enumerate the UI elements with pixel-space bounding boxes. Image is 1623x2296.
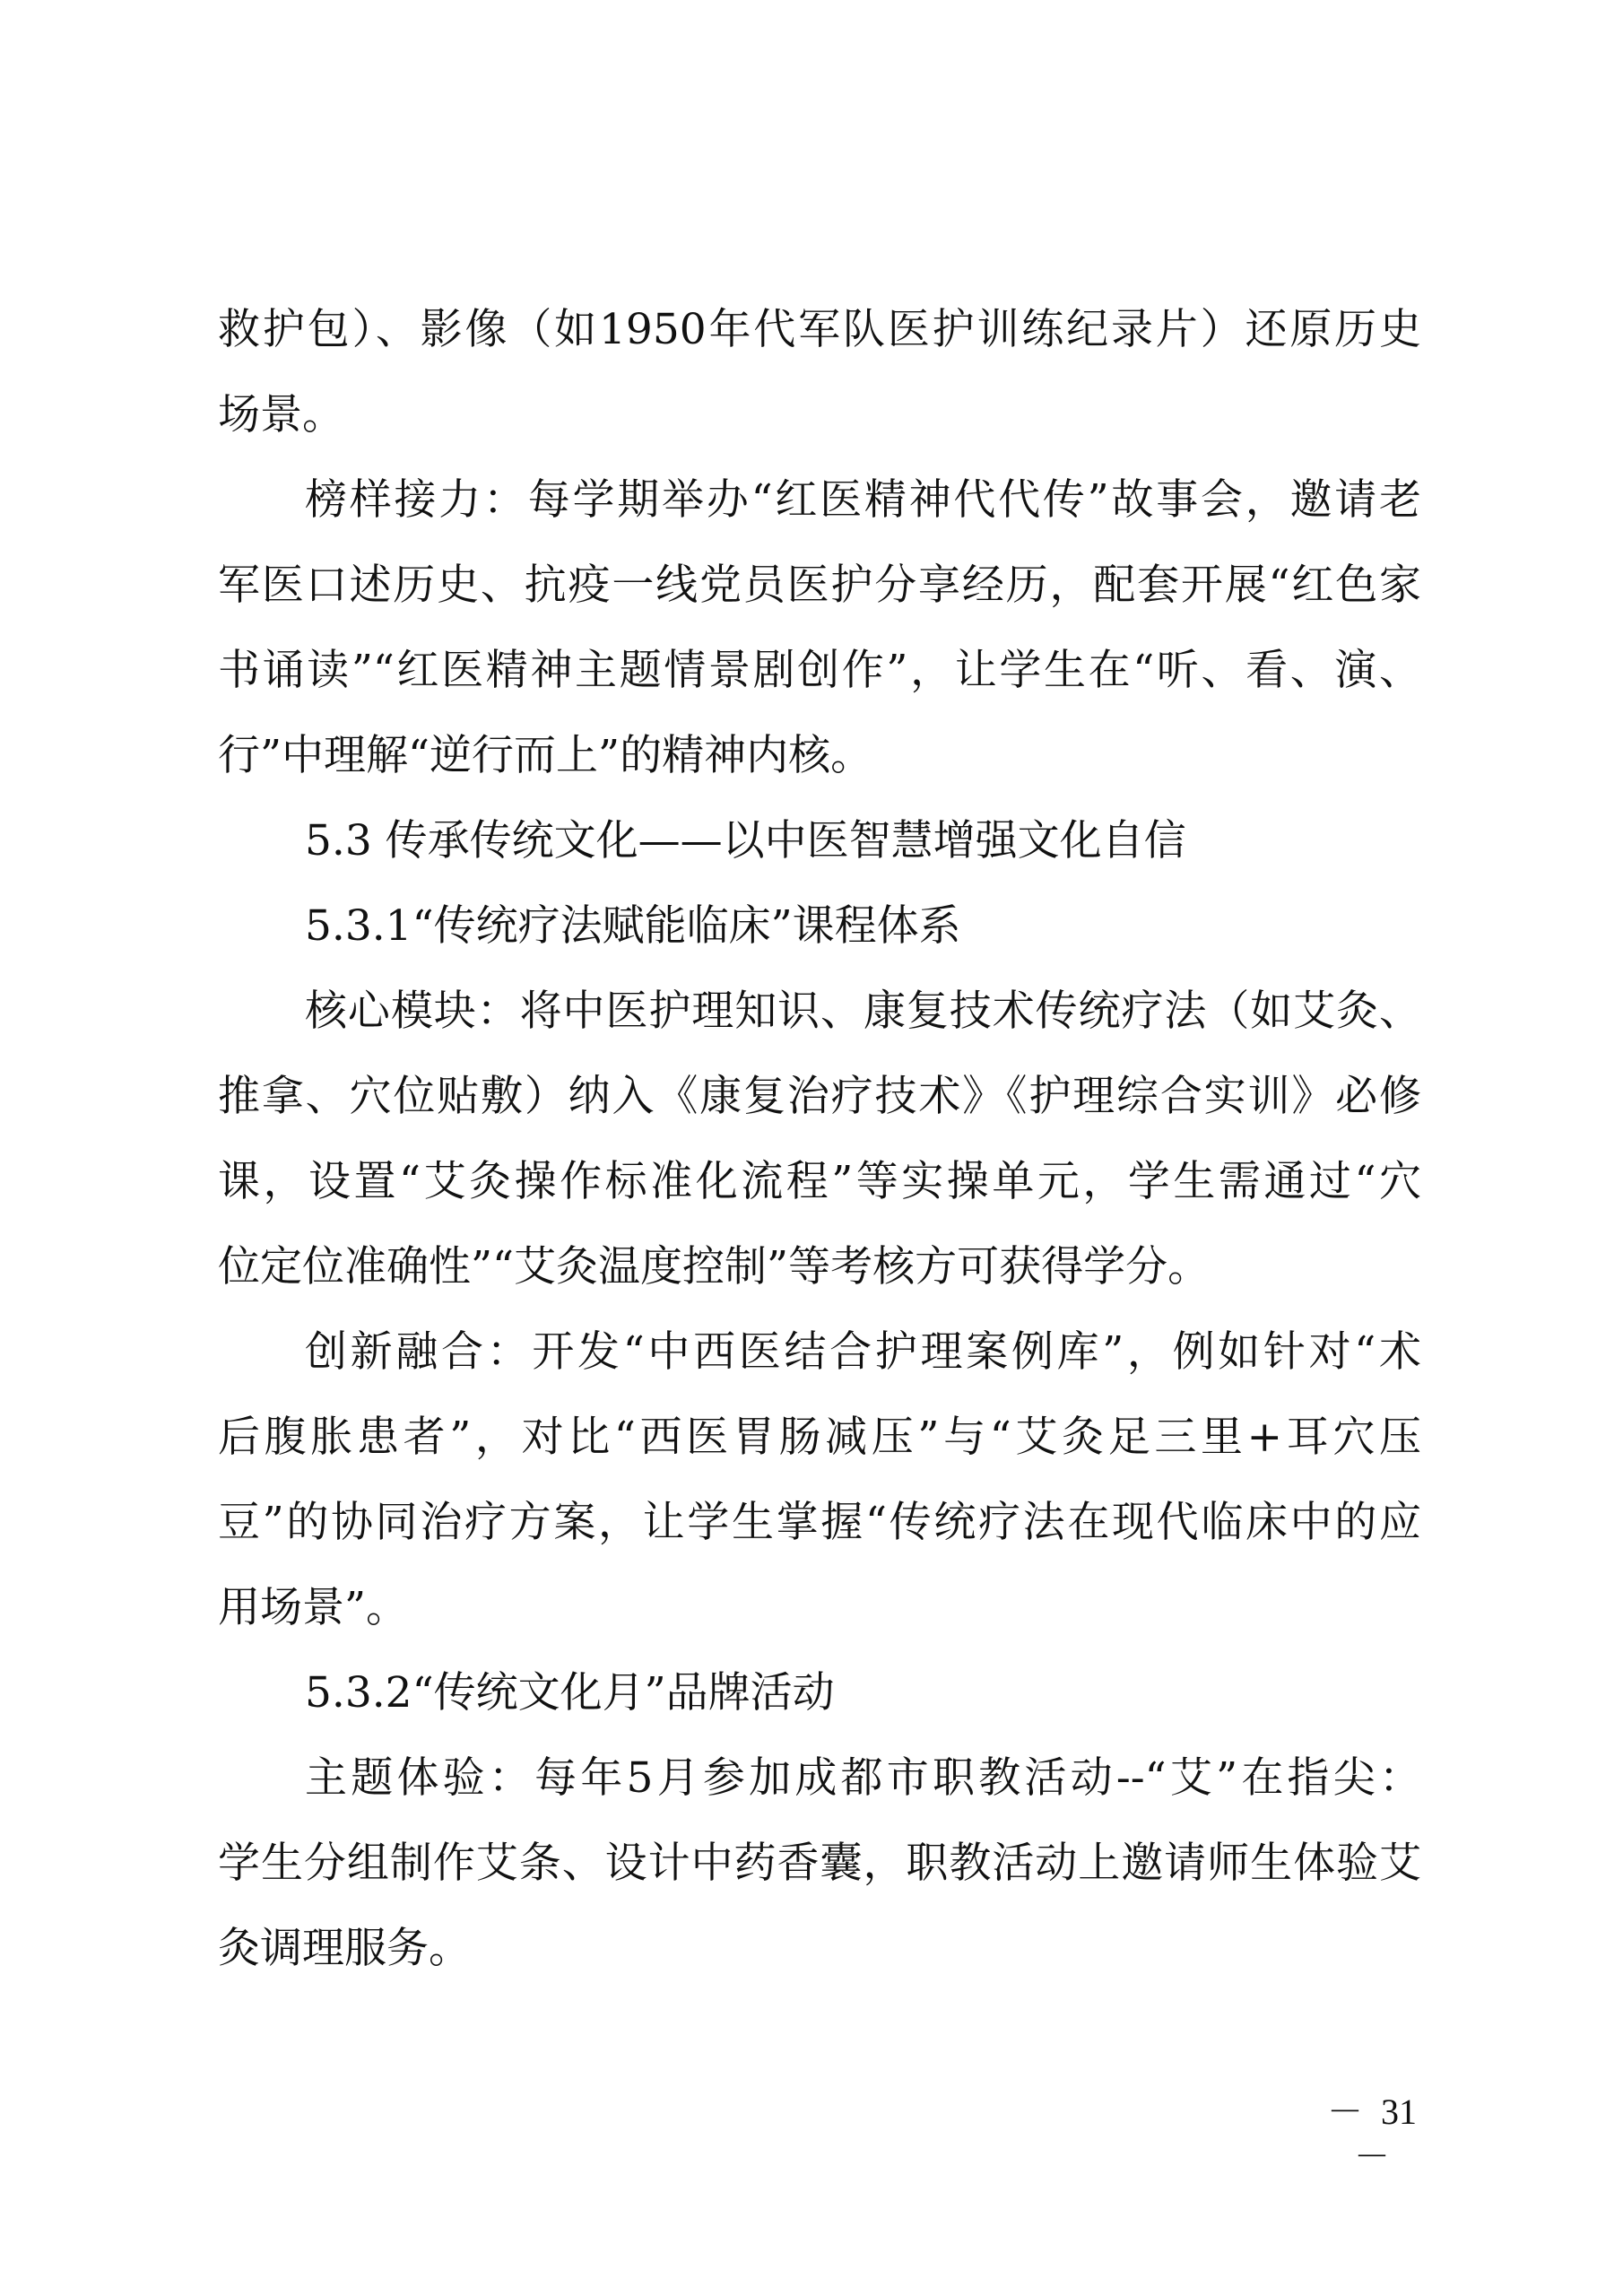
- body-text-line: 行”中理解“逆行而上”的精神内核。: [218, 729, 1421, 783]
- body-text-line: 位定位准确性”“艾灸温度控制”等考核方可获得学分。: [218, 1240, 1421, 1294]
- body-text-line: 救护包）、影像（如1950年代军队医护训练纪录片）还原历史: [218, 303, 1421, 357]
- body-text-line: 榜样接力：每学期举办“红医精神代代传”故事会，邀请老: [305, 474, 1421, 527]
- subsection-heading: 5.3.2“传统文化月”品牌活动: [305, 1666, 1421, 1720]
- body-text-line: 军医口述历史、抗疫一线党员医护分享经历，配套开展“红色家: [218, 559, 1421, 613]
- body-text-line: 学生分组制作艾条、设计中药香囊，职教活动上邀请师生体验艾: [218, 1837, 1421, 1891]
- subsection-heading: 5.3.1“传统疗法赋能临床”课程体系: [305, 900, 1421, 953]
- body-text-line: 后腹胀患者”，对比“西医胃肠减压”与“艾灸足三里+耳穴压: [218, 1411, 1421, 1465]
- body-text-line: 用场景”。: [218, 1581, 1421, 1635]
- document-page: 救护包）、影像（如1950年代军队医护训练纪录片）还原历史 场景。 榜样接力：每…: [0, 0, 1623, 2296]
- body-text-line: 主题体验：每年5月参加成都市职教活动--“艾”在指尖：: [305, 1752, 1421, 1805]
- body-text-line: 场景。: [218, 388, 1421, 442]
- body-text-line: 豆”的协同治疗方案，让学生掌握“传统疗法在现代临床中的应: [218, 1496, 1421, 1550]
- page-number: － 31 －: [1305, 2090, 1439, 2135]
- body-text-line: 核心模块：将中医护理知识、康复技术传统疗法（如艾灸、: [305, 985, 1421, 1039]
- section-heading: 5.3 传承传统文化——以中医智慧增强文化自信: [305, 814, 1421, 868]
- body-text-line: 创新融合：开发“中西医结合护理案例库”，例如针对“术: [305, 1326, 1421, 1379]
- body-text-line: 推拿、穴位贴敷）纳入《康复治疗技术》《护理综合实训》必修: [218, 1070, 1421, 1124]
- body-text-line: 灸调理服务。: [218, 1922, 1421, 1976]
- body-text-line: 课，设置“艾灸操作标准化流程”等实操单元，学生需通过“穴: [218, 1155, 1421, 1209]
- body-text-line: 书诵读”“红医精神主题情景剧创作”，让学生在“听、看、演、: [218, 644, 1421, 698]
